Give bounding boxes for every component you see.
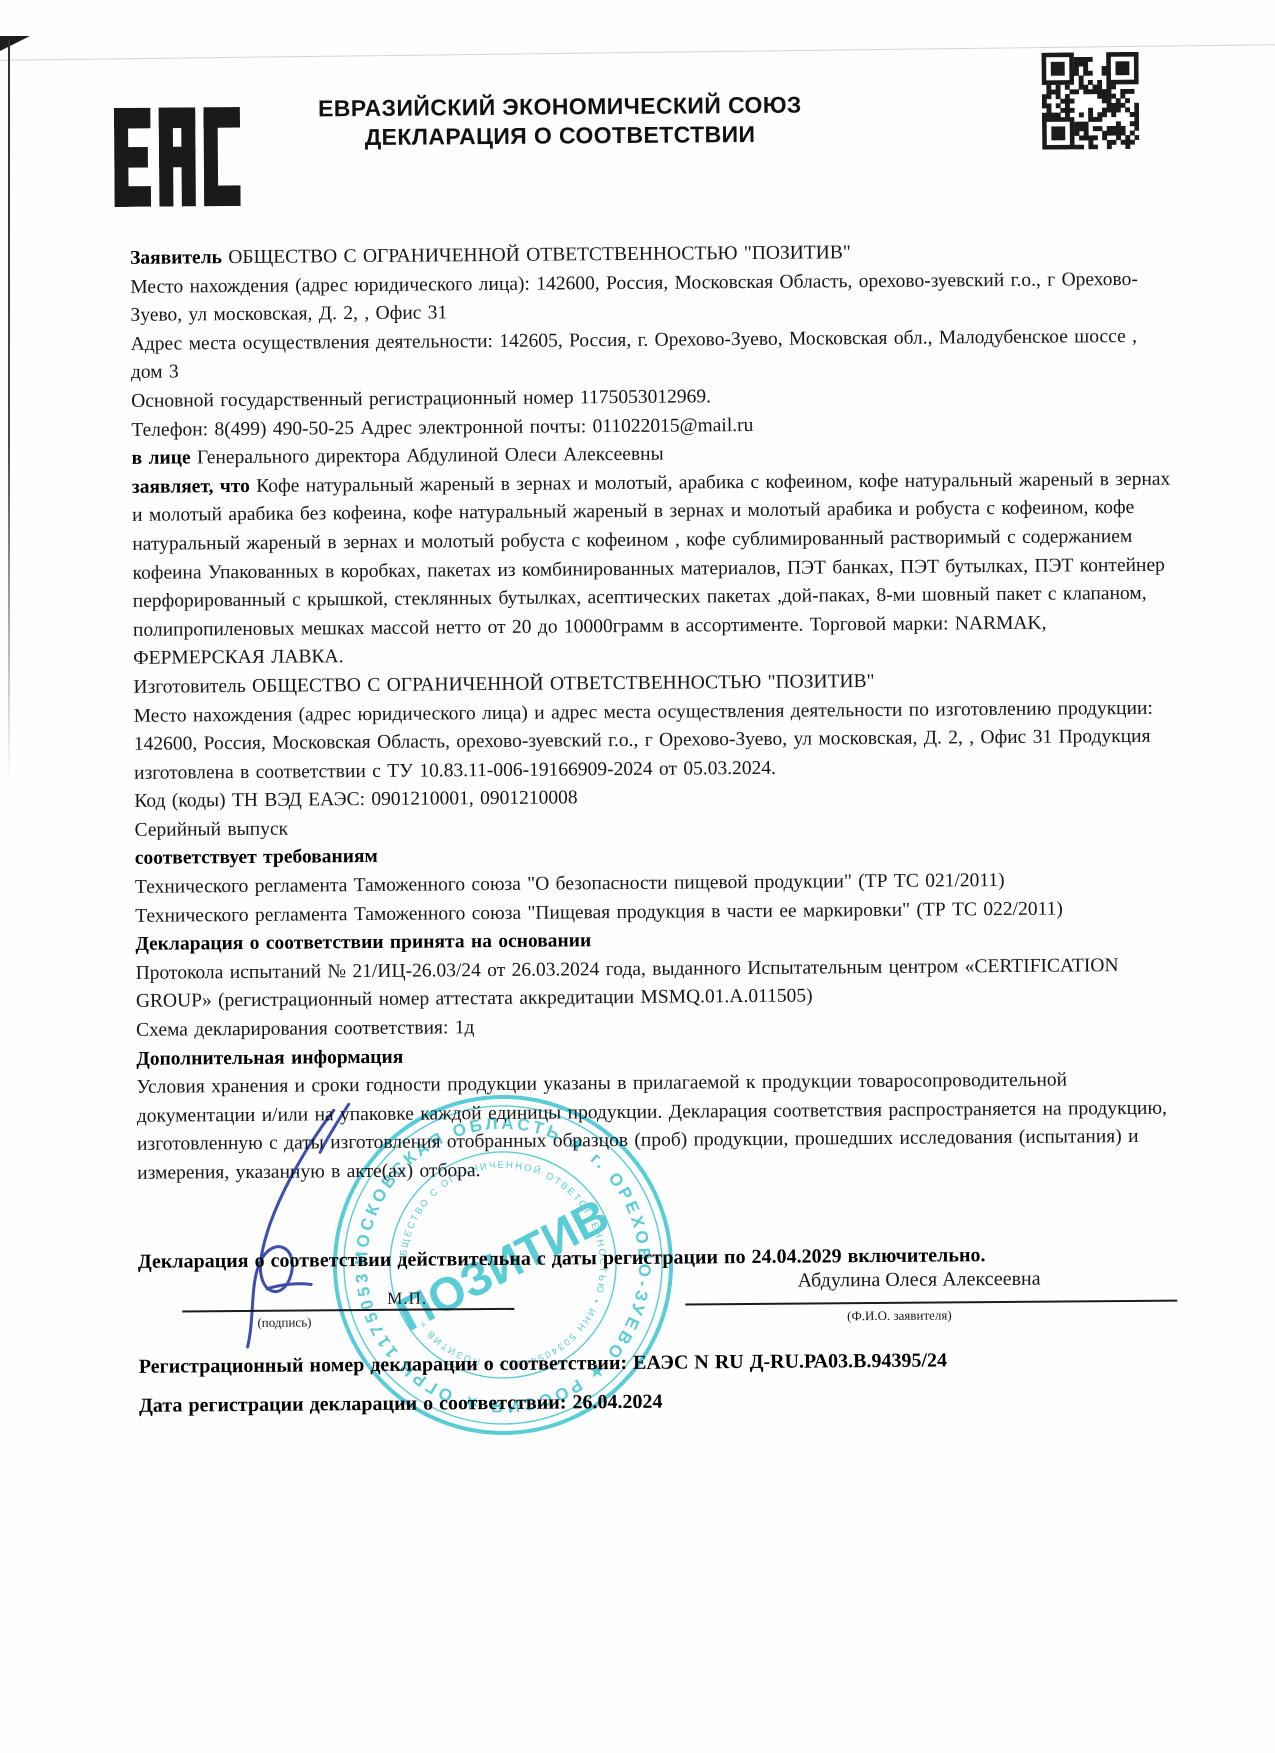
- title-line-declaration: ДЕКЛАРАЦИЯ О СООТВЕТСТВИИ: [240, 119, 880, 153]
- paragraph-manufacturer-address: Место нахождения (адрес юридического лиц…: [134, 694, 1176, 788]
- declaration-body: Заявитель ОБЩЕСТВО С ОГРАНИЧЕННОЙ ОТВЕТС…: [130, 237, 1178, 1189]
- handwritten-signature: [206, 1098, 398, 1359]
- qr-code: [1041, 52, 1139, 150]
- page-content: ЕВРАЗИЙСКИЙ ЭКОНОМИЧЕСКИЙ СОЮЗ ДЕКЛАРАЦИ…: [0, 0, 1275, 1753]
- paragraph-declares-products: заявляет, что Кофе натуральный жареный в…: [132, 465, 1175, 673]
- paragraph-legal-address: Место нахождения (адрес юридического лиц…: [130, 265, 1171, 330]
- paragraph-activity-address: Адрес места осуществления деятельности: …: [131, 322, 1172, 387]
- fio-line: [685, 1300, 1177, 1306]
- declaration-sheet: ЕВРАЗИЙСКИЙ ЭКОНОМИЧЕСКИЙ СОЮЗ ДЕКЛАРАЦИ…: [0, 0, 1275, 1753]
- applicant-name: Абдулина Олеся Алексеевна: [709, 1267, 1129, 1293]
- eac-logo-icon: [114, 107, 241, 212]
- paragraph-test-protocol: Протокола испытаний № 21/ИЦ-26.03/24 от …: [136, 951, 1177, 1016]
- fio-caption: (Ф.И.О. заявителя): [689, 1306, 1109, 1325]
- document-title: ЕВРАЗИЙСКИЙ ЭКОНОМИЧЕСКИЙ СОЮЗ ДЕКЛАРАЦИ…: [240, 90, 880, 153]
- title-line-union: ЕВРАЗИЙСКИЙ ЭКОНОМИЧЕСКИЙ СОЮЗ: [240, 90, 880, 124]
